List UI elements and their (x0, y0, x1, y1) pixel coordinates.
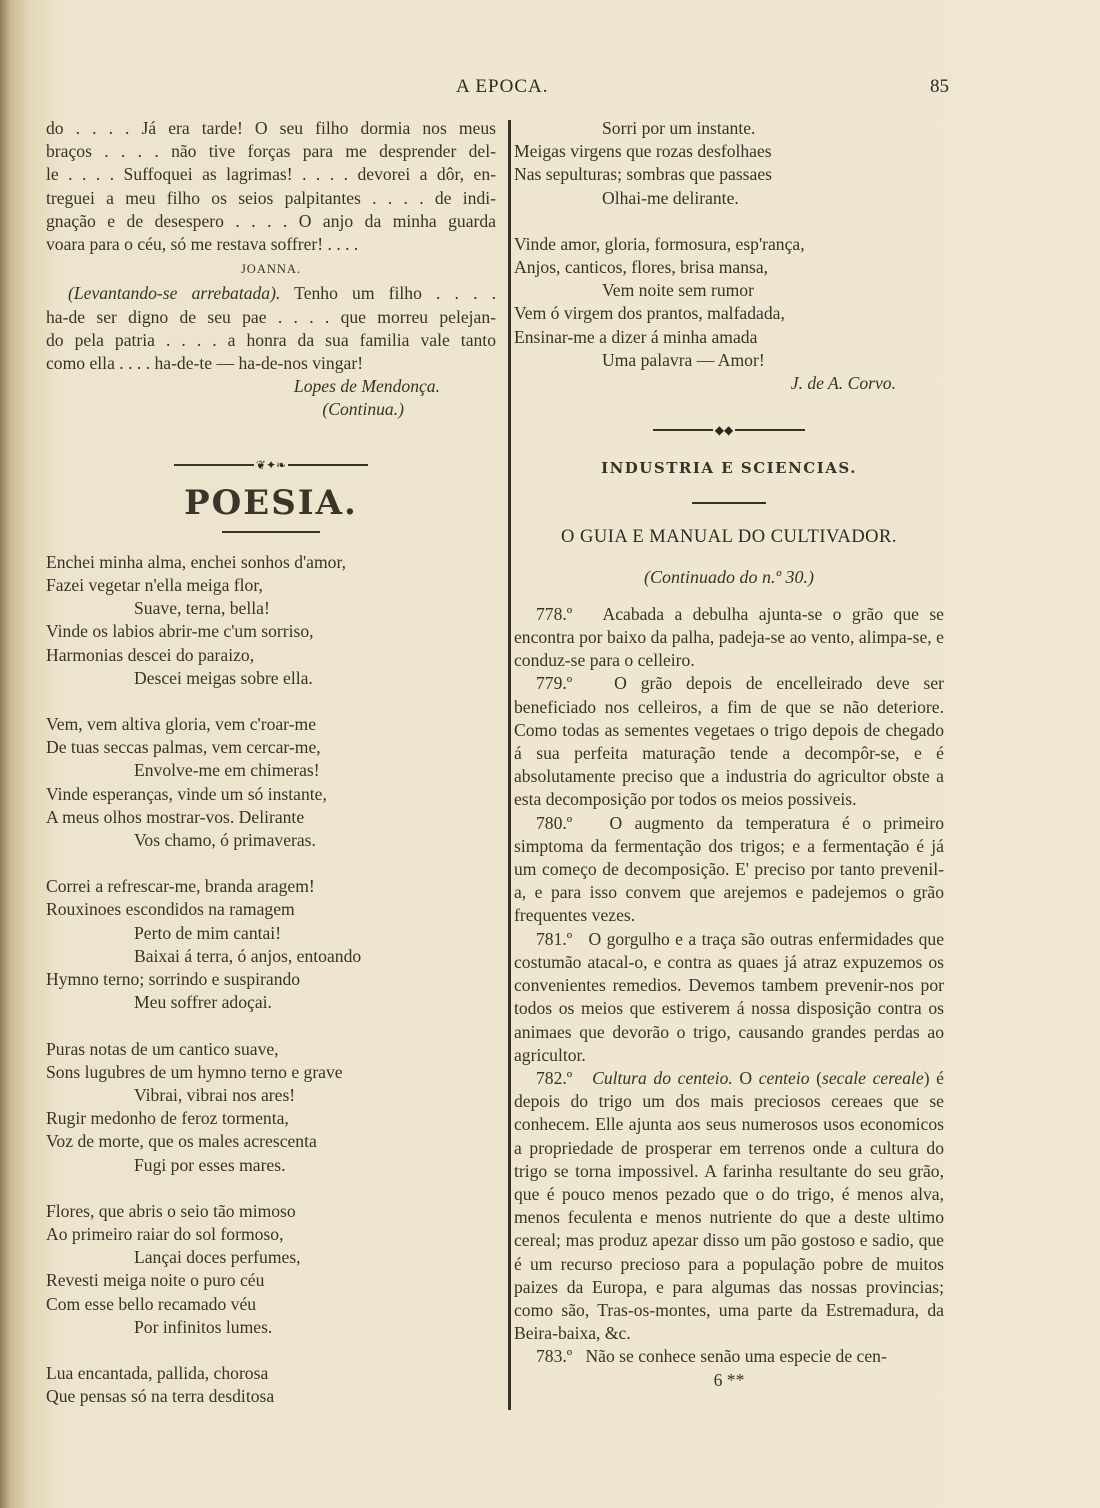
article-paragraph: 780.º O augmento da temperatura é o prim… (514, 812, 944, 928)
poem-line: Nas sepulturas; sombras que passaes (514, 163, 944, 186)
poem-author-signature: J. de A. Corvo. (514, 372, 944, 395)
speech-line: ha-de ser digno de seu pae . . . . que m… (46, 306, 496, 329)
ornament-knot-icon: ❦✦❧ (256, 459, 286, 471)
section-heading-poesia: POESIA. (46, 492, 496, 515)
stage-direction: (Levantando-se arrebatada). (68, 283, 280, 303)
left-column: do . . . . Já era tarde! O seu filho dor… (46, 117, 496, 1431)
poem-line: Vibrai, vibrai nos ares! (46, 1084, 496, 1107)
poem-stanza: Vem, vem altiva gloria, vem c'roar-me De… (46, 713, 496, 852)
paragraph-number: 778.º (536, 604, 572, 624)
poem-stanza: Puras notas de um cantico suave, Sons lu… (46, 1038, 496, 1177)
poem-line: Sorri por um instante. (514, 117, 944, 140)
poem-line: Rugir medonho de feroz tormenta, (46, 1107, 496, 1130)
article-title: O GUIA E MANUAL DO CULTIVADOR. (514, 526, 944, 549)
continued-note: (Continuado do n.º 30.) (514, 566, 944, 589)
poem-line: Vinde esperanças, vinde um só instante, (46, 783, 496, 806)
poem-line: Rouxinoes escondidos na ramagem (46, 898, 496, 921)
italic-subheading: Cultura do centeio. (592, 1068, 733, 1088)
poem-line: Uma palavra — Amor! (514, 349, 944, 372)
poem-line: Lançai doces perfumes, (46, 1246, 496, 1269)
poem-stanza: Lua encantada, pallida, chorosa Que pens… (46, 1362, 496, 1408)
italic-term: centeio (759, 1068, 810, 1088)
poem-stanza: Sorri por um instante. Meigas virgens qu… (514, 117, 944, 210)
poem-line: Hymno terno; sorrindo e suspirando (46, 968, 496, 991)
paragraph-text: Acabada a debulha ajunta-se o grão que s… (514, 604, 944, 670)
poem-line: Harmonias descei do paraizo, (46, 644, 496, 667)
prose-line: le . . . . Suffoquei as lagrimas! . . . … (46, 163, 496, 186)
paragraph-text: O (733, 1068, 759, 1088)
poem-line: Descei meigas sobre ella. (46, 667, 496, 690)
right-column: Sorri por um instante. Meigas virgens qu… (514, 117, 944, 1392)
section-heading-industria: INDUSTRIA E SCIENCIAS. (514, 457, 944, 480)
poem-line: Vem ó virgem dos prantos, malfadada, (514, 302, 944, 325)
poem-line: Meu soffrer adoçai. (46, 991, 496, 1014)
paragraph-text: ) é depois do trigo um dos mais precioso… (514, 1068, 944, 1343)
poem-stanza: Enchei minha alma, enchei sonhos d'amor,… (46, 551, 496, 690)
paragraph-text: O grão depois de encelleirado deve ser b… (514, 673, 944, 809)
ornament-knot-icon: ◆◆ (715, 424, 733, 436)
article-paragraph: 781.º O gorgulho e a traça são outras en… (514, 928, 944, 1067)
poem-line: Vinde amor, gloria, formosura, esp'rança… (514, 233, 944, 256)
paragraph-number: 783.º (536, 1346, 572, 1366)
latin-name: secale cereale (822, 1068, 924, 1088)
paragraph-number: 782.º (536, 1068, 572, 1088)
poem-line: Lua encantada, pallida, chorosa (46, 1362, 496, 1385)
poem-line: Envolve-me em chimeras! (46, 759, 496, 782)
poem-line: Fazei vegetar n'ella meiga flor, (46, 574, 496, 597)
running-header: A EPOCA. 85 (0, 76, 1100, 100)
poem-stanza: Flores, que abris o seio tão mimoso Ao p… (46, 1200, 496, 1339)
column-divider (508, 120, 511, 1410)
poem-line: Flores, que abris o seio tão mimoso (46, 1200, 496, 1223)
speaker-name: JOANNA. (46, 258, 496, 281)
paragraph-text: Não se conhece senão uma especie de cen- (585, 1346, 886, 1366)
poem-line: Olhai-me delirante. (514, 187, 944, 210)
printer-signature-mark: 6 ** (514, 1369, 944, 1392)
paragraph-text: O gorgulho e a traça são outras enfermid… (514, 929, 944, 1065)
poem-line: Vinde os labios abrir-me c'um sorriso, (46, 620, 496, 643)
poem-line: Vos chamo, ó primaveras. (46, 829, 496, 852)
poem-stanza: Vinde amor, gloria, formosura, esp'rança… (514, 233, 944, 372)
prose-line: do . . . . Já era tarde! O seu filho dor… (46, 117, 496, 140)
article-paragraph: 778.º Acabada a debulha ajunta-se o grão… (514, 603, 944, 673)
poem-line: Ensinar-me a dizer á minha amada (514, 326, 944, 349)
poem-line: Vem noite sem rumor (514, 279, 944, 302)
speech-line: como ella . . . . ha-de-te — ha-de-nos v… (46, 352, 496, 375)
poem-stanza: Correi a refrescar-me, branda aragem! Ro… (46, 875, 496, 1014)
poem-line: De tuas seccas palmas, vem cercar-me, (46, 736, 496, 759)
ornamental-divider: ❦✦❧ (46, 458, 496, 472)
prose-line: braços . . . . não tive forças para me d… (46, 140, 496, 163)
poem-line: Ao primeiro raiar do sol formoso, (46, 1223, 496, 1246)
article-paragraph: 782.º Cultura do centeio. O centeio (sec… (514, 1067, 944, 1345)
drama-excerpt: do . . . . Já era tarde! O seu filho dor… (46, 117, 496, 422)
paragraph-number: 781.º (536, 929, 572, 949)
poem-line: Por infinitos lumes. (46, 1316, 496, 1339)
poem-line: Revesti meiga noite o puro céu (46, 1269, 496, 1292)
paragraph-number: 779.º (536, 673, 572, 693)
poem-line: Anjos, canticos, flores, brisa mansa, (514, 256, 944, 279)
article-paragraph: 783.º Não se conhece senão uma especie d… (514, 1345, 944, 1368)
poem-line: Vem, vem altiva gloria, vem c'roar-me (46, 713, 496, 736)
poem-line: Que pensas só na terra desditosa (46, 1385, 496, 1408)
poem-line: Voz de morte, que os males acrescenta (46, 1130, 496, 1153)
poem-line: Puras notas de um cantico suave, (46, 1038, 496, 1061)
paragraph-text: O augmento da temperatura é o primeiro s… (514, 813, 944, 926)
speech-line-first: (Levantando-se arrebatada). Tenho um fil… (46, 282, 496, 305)
speech-line: do pela patria . . . . a honra da sua fa… (46, 329, 496, 352)
poem-line: Com esse bello recamado véu (46, 1293, 496, 1316)
ornamental-divider: ◆◆ (514, 423, 944, 437)
paragraph-number: 780.º (536, 813, 572, 833)
poem-line: Enchei minha alma, enchei sonhos d'amor, (46, 551, 496, 574)
poem-line: Correi a refrescar-me, branda aragem! (46, 875, 496, 898)
newspaper-page: A EPOCA. 85 do . . . . Já era tarde! O s… (0, 0, 1100, 1508)
poem-line: Baixai á terra, ó anjos, entoando (46, 945, 496, 968)
prose-line: voara para o céu, só me restava soffrer!… (46, 233, 496, 256)
poem-line: Sons lugubres de um hymno terno e grave (46, 1061, 496, 1084)
short-rule (692, 502, 766, 504)
poem-line: Suave, terna, bella! (46, 597, 496, 620)
publication-title: A EPOCA. (456, 76, 548, 98)
page-number: 85 (930, 76, 949, 98)
poem-line: Meigas virgens que rozas desfolhaes (514, 140, 944, 163)
short-rule (222, 531, 320, 533)
author-signature: Lopes de Mendonça. (46, 375, 496, 398)
continua-note: (Continua.) (46, 398, 496, 421)
poem-line: Perto de mim cantai! (46, 922, 496, 945)
paragraph-text: ( (810, 1068, 822, 1088)
poem-line: Fugi por esses mares. (46, 1154, 496, 1177)
article-paragraph: 779.º O grão depois de encelleirado deve… (514, 672, 944, 811)
prose-line: treguei a meu filho os seios palpitantes… (46, 187, 496, 210)
speech-text: Tenho um filho . . . . (280, 283, 496, 303)
prose-line: gnação e de desespero . . . . O anjo da … (46, 210, 496, 233)
poem-line: A meus olhos mostrar-vos. Delirante (46, 806, 496, 829)
